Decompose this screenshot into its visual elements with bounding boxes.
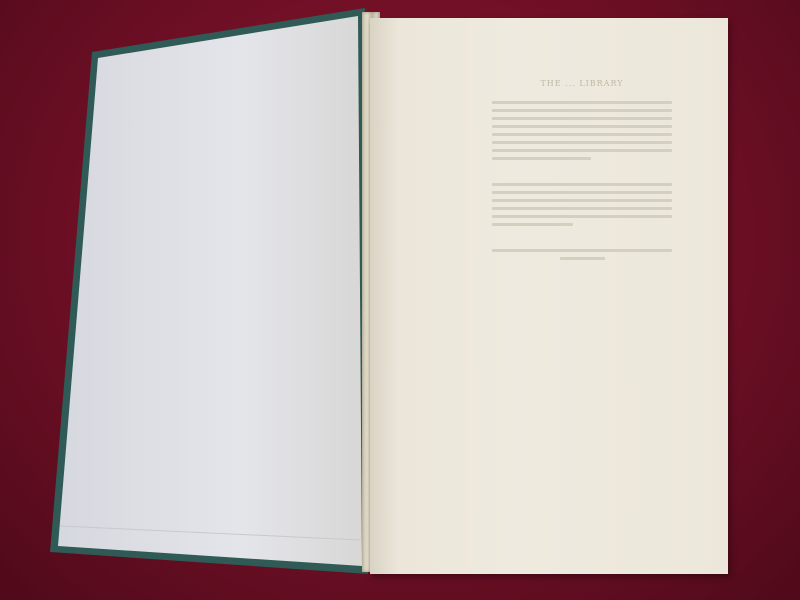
page-text-block: THE ... LIBRARY [492, 78, 672, 265]
book-photo: THE ... LIBRARY [0, 0, 800, 600]
page-heading: THE ... LIBRARY [492, 78, 672, 89]
ownership-stamp [139, 59, 231, 103]
